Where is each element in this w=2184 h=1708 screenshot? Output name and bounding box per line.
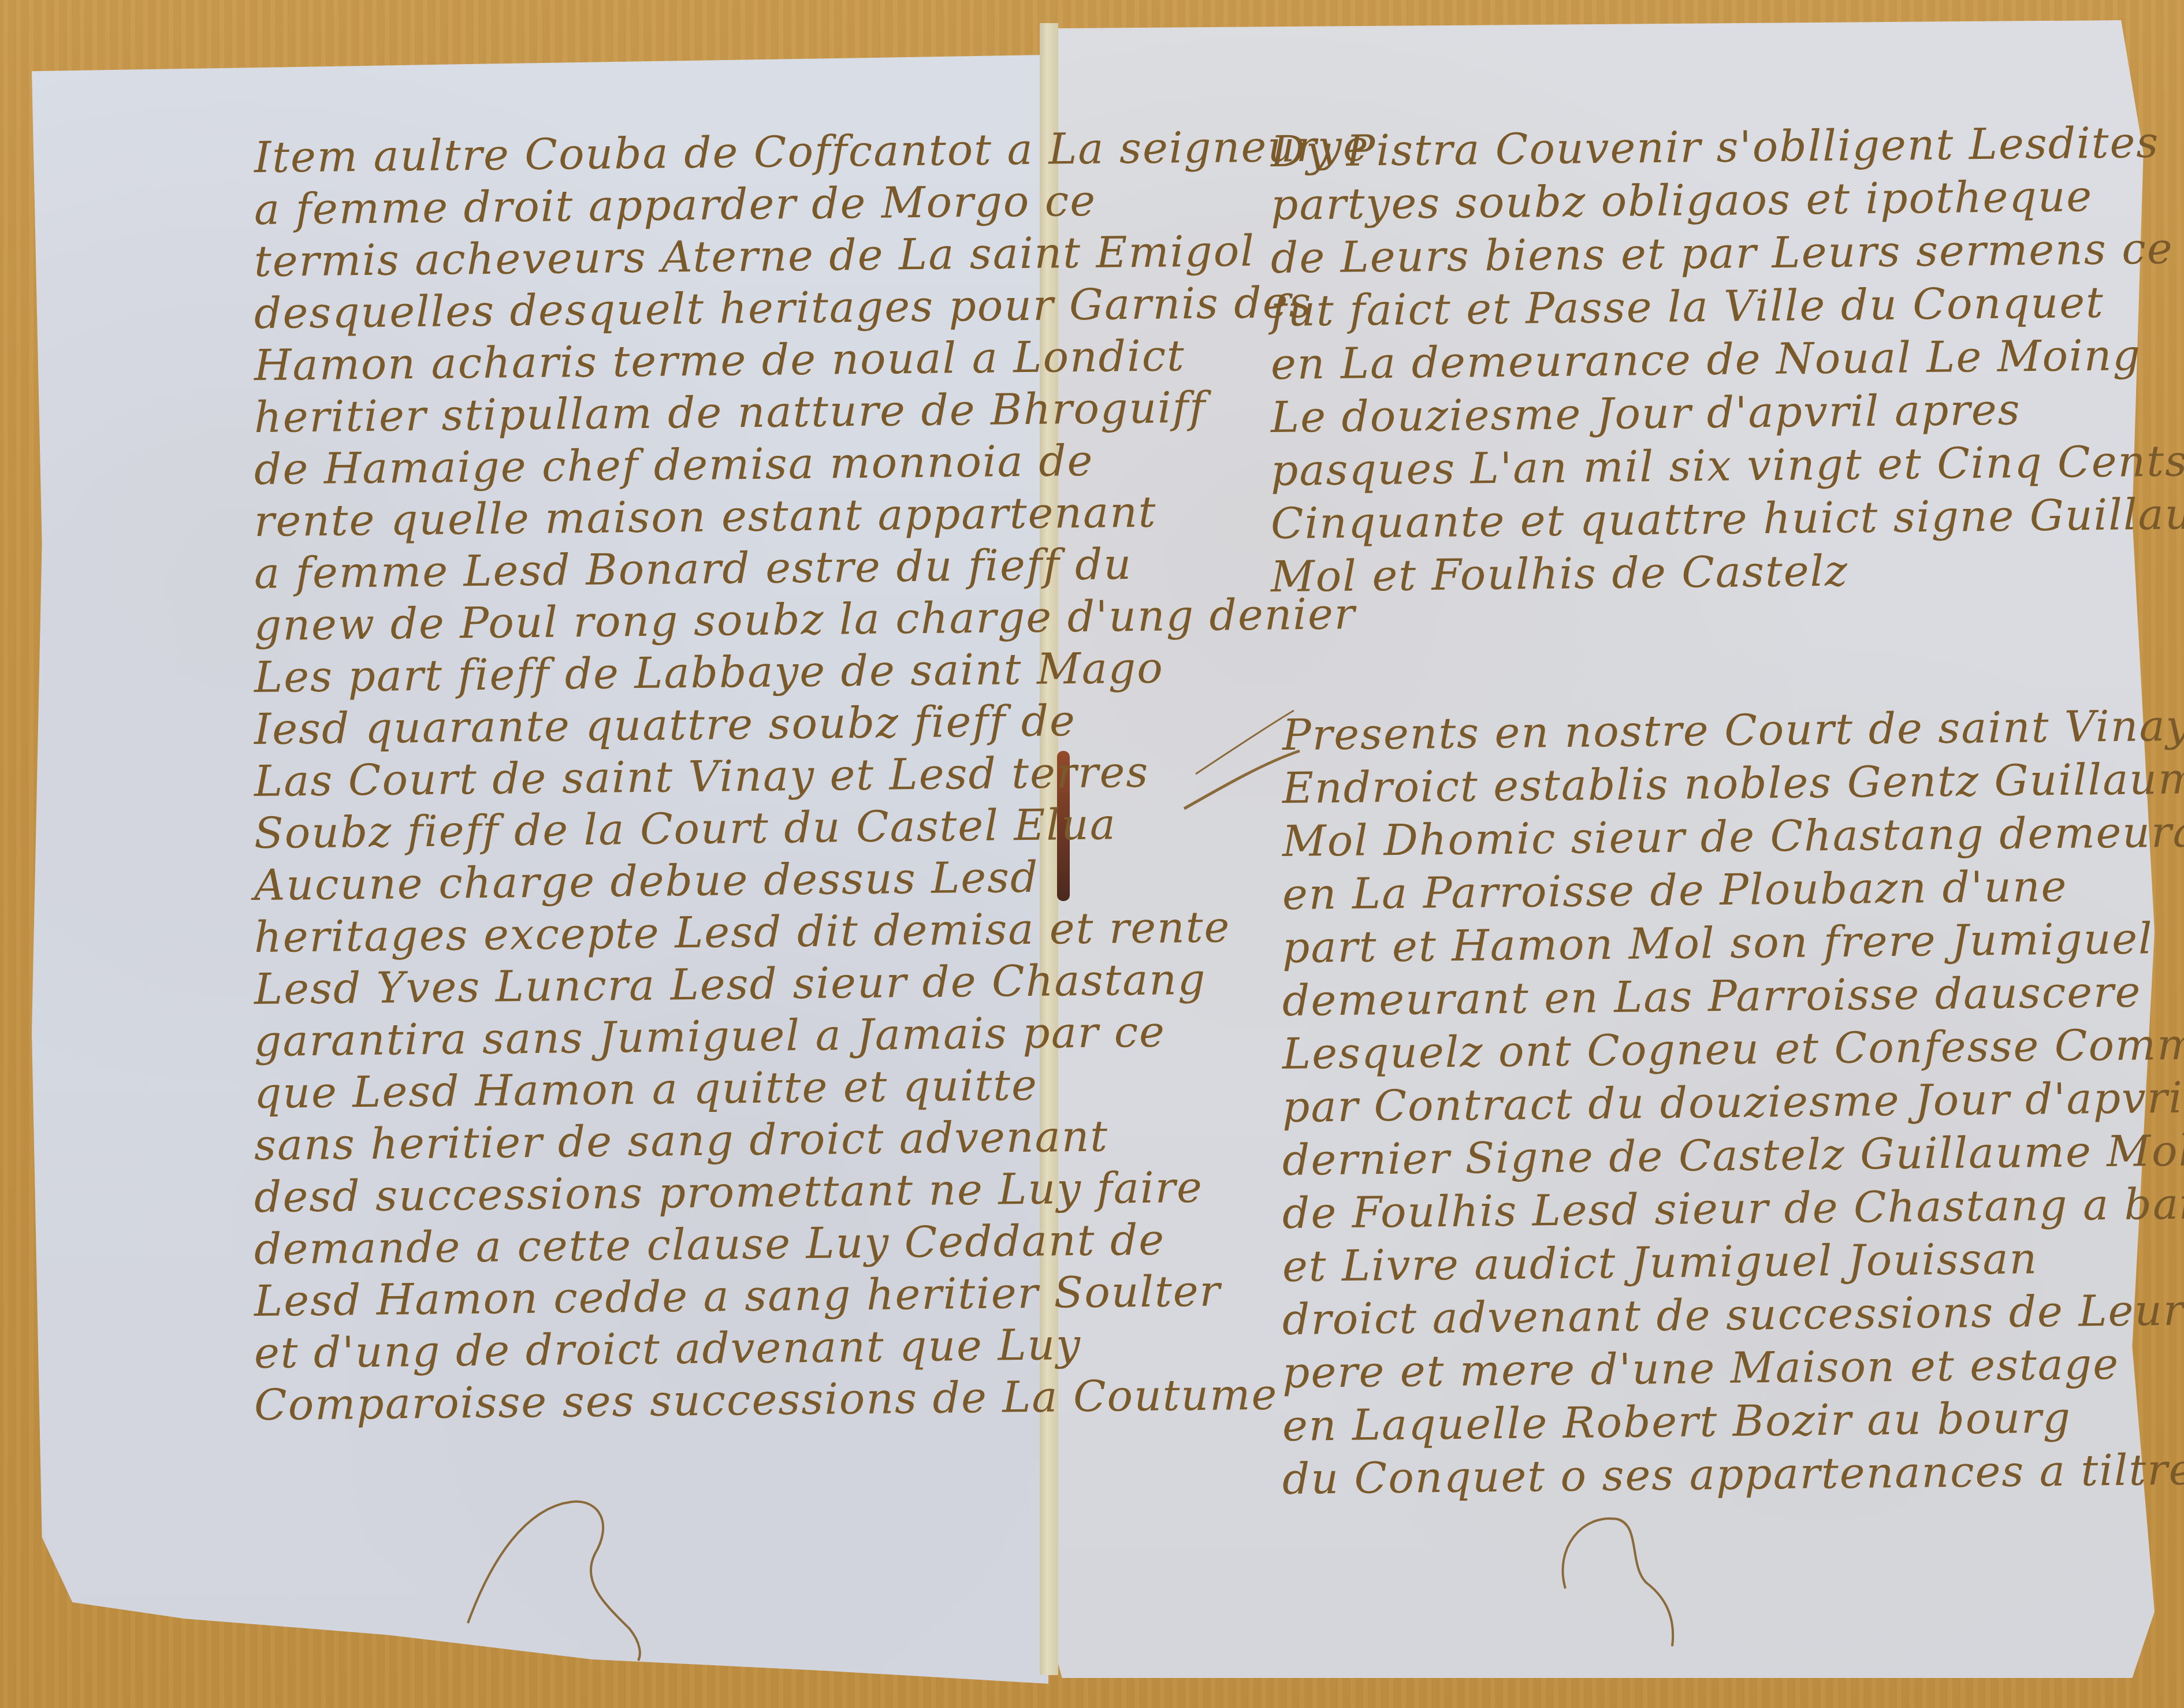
manuscript-line: fut faict et Passe la Ville du Conquet [1271, 278, 2105, 336]
manuscript-line: heritier stipullam de natture de Bhrogui… [254, 383, 1207, 442]
closing-flourish-right [1548, 1502, 1721, 1652]
manuscript-line: Hamon acharis terme de noual a Londict [254, 331, 1186, 390]
manuscript-line: pasques L'an mil six vingt et Cinq Cents [1271, 436, 2184, 496]
manuscript-line: du Conquet o ses appartenances a tiltre [1282, 1445, 2184, 1504]
manuscript-line: en La demeurance de Noual Le Moing [1271, 330, 2142, 389]
manuscript-line: pere et mere d'une Maison et estage [1282, 1339, 2120, 1398]
manuscript-line: sans heritier de sang droict advenant [254, 1112, 1109, 1170]
manuscript-line: de Foulhis Lesd sieur de Chastang a bail… [1282, 1178, 2184, 1238]
manuscript-line: Les part fieff de Labbaye de saint Mago [254, 643, 1164, 702]
manuscript-line: Iesd quarante quattre soubz fieff de [254, 696, 1077, 754]
manuscript-line: Dy Pistra Couvenir s'oblligent Lesdites [1271, 118, 2160, 177]
manuscript-line: dernier Signe de Castelz Guillaume Mol [1282, 1126, 2184, 1185]
manuscript-line: desd successions promettant ne Luy faire [254, 1163, 1204, 1222]
manuscript-line: rente quelle maison estant appartenant [254, 488, 1157, 546]
manuscript-line: par Contract du douziesme Jour d'apvril [1282, 1073, 2184, 1132]
manuscript-line: Cinquante et quattre huict signe Guillau… [1271, 489, 2184, 549]
manuscript-line: Endroict establis nobles Gentz Guillaume [1282, 754, 2184, 813]
manuscript-line: Le douziesme Jour d'apvril apres [1271, 385, 2021, 442]
manuscript-line: Aucune charge debue dessus Lesd [254, 853, 1039, 910]
manuscript-line: Lesd Hamon cedde a sang heritier Soulter [254, 1266, 1222, 1326]
manuscript-line: termis acheveurs Aterne de La saint Emig… [254, 226, 1256, 286]
manuscript-line: Soubz fieff de la Court du Castel Elua [254, 799, 1117, 858]
manuscript-line: garantira sans Jumiguel a Jamais par ce [254, 1007, 1166, 1066]
manuscript-line: partyes soubz obligaos et ipotheque [1271, 172, 2093, 230]
manuscript-line: de Leurs biens et par Leurs sermens ce [1271, 224, 2174, 283]
manuscript-line: demeurant en Las Parroisse dauscere [1282, 967, 2142, 1026]
manuscript-line: Mol Dhomic sieur de Chastang demeurant [1282, 807, 2184, 866]
manuscript-line: Las Court de saint Vinay et Lesd terres [254, 747, 1149, 806]
manuscript-line: Mol et Foulhis de Castelz [1271, 546, 1849, 602]
manuscript-line: part et Hamon Mol son frere Jumiguel [1282, 914, 2154, 973]
manuscript-line: a femme droit apparder de Morgo ce [254, 176, 1097, 235]
manuscript-line: et d'ung de droict advenant que Luy [254, 1320, 1082, 1378]
manuscript-line: en La Parroisse de Ploubazn d'une [1282, 862, 2068, 920]
manuscript-line: en Laquelle Robert Bozir au bourg [1282, 1393, 2072, 1451]
manuscript-line: Lesquelz ont Cogneu et Confesse Comme [1282, 1019, 2184, 1079]
manuscript-line: de Hamaige chef demisa monnoia de [254, 436, 1094, 494]
paragraph-mark [1178, 705, 1305, 820]
manuscript-line: Lesd Yves Luncra Lesd sieur de Chastang [254, 955, 1207, 1014]
closing-flourish-left [456, 1490, 716, 1664]
manuscript-line: a femme Lesd Bonard estre du fieff du [254, 539, 1133, 598]
manuscript-line: et Livre audict Jumiguel Jouissan [1282, 1234, 2038, 1292]
manuscript-line: heritages excepte Lesd dit demisa et ren… [254, 902, 1231, 962]
manuscript-line: que Lesd Hamon a quitte et quitte [254, 1060, 1039, 1118]
manuscript-line: demande a cette clause Luy Ceddant de [254, 1215, 1166, 1274]
manuscript-line: droict advenant de successions de Leur [1282, 1286, 2184, 1345]
manuscript-line: Presents en nostre Court de saint Vinay [1282, 701, 2184, 760]
